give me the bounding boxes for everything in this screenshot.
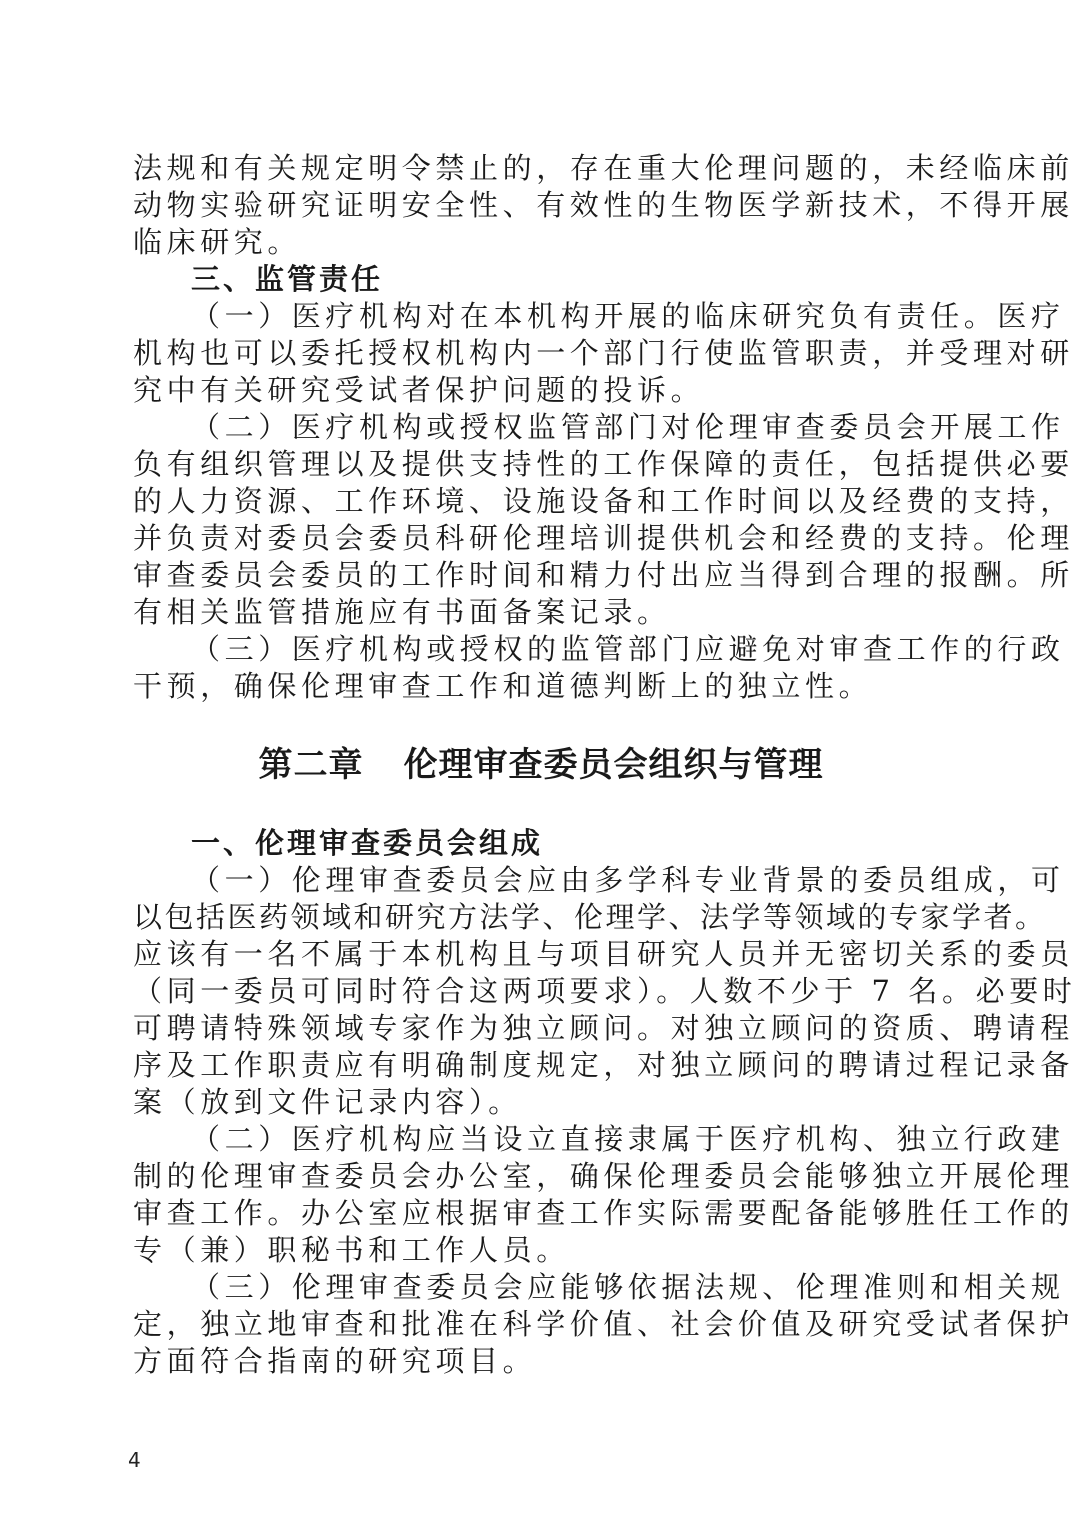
text-line: 负有组织管理以及提供支持性的工作保障的责任，包括提供必要 bbox=[133, 446, 949, 483]
text-line: 的人力资源、工作环境、设施设备和工作时间以及经费的支持， bbox=[133, 483, 949, 520]
text-line: 方面符合指南的研究项目。 bbox=[133, 1343, 949, 1380]
paragraph-3-2: （二）医疗机构或授权监管部门对伦理审查委员会开展工作 负有组织管理以及提供支持性… bbox=[133, 409, 949, 631]
text-line: 并负责对委员会委员科研伦理培训提供机会和经费的支持。伦理 bbox=[133, 520, 949, 557]
text-line: 以包括医药领域和研究方法学、伦理学、法学等领域的专家学者。 bbox=[133, 899, 949, 936]
text-line: 制的伦理审查委员会办公室，确保伦理委员会能够独立开展伦理 bbox=[133, 1158, 949, 1195]
continuation-paragraph: 法规和有关规定明令禁止的，存在重大伦理问题的，未经临床前 动物实验研究证明安全性… bbox=[133, 150, 949, 261]
chapter-name: 伦理审查委员会组织与管理 bbox=[404, 745, 824, 785]
text-line: 应该有一名不属于本机构且与项目研究人员并无密切关系的委员 bbox=[133, 936, 949, 973]
paragraph-3-1: （一）医疗机构对在本机构开展的临床研究负有责任。医疗 机构也可以委托授权机构内一… bbox=[133, 298, 949, 409]
paragraph-3-3: （三）医疗机构或授权的监管部门应避免对审查工作的行政 干预，确保伦理审查工作和道… bbox=[133, 631, 949, 705]
paragraph-1-1: （一）伦理审查委员会应由多学科专业背景的委员组成，可 以包括医药领域和研究方法学… bbox=[133, 862, 949, 1121]
text-line: （一）伦理审查委员会应由多学科专业背景的委员组成，可 bbox=[133, 862, 949, 899]
text-line: （二）医疗机构应当设立直接隶属于医疗机构、独立行政建 bbox=[133, 1121, 949, 1158]
text-line: （三）医疗机构或授权的监管部门应避免对审查工作的行政 bbox=[133, 631, 949, 668]
chapter-title: 第二章伦理审查委员会组织与管理 bbox=[133, 743, 949, 787]
text-line: 可聘请特殊领域专家作为独立顾问。对独立顾问的资质、聘请程 bbox=[133, 1010, 949, 1047]
section-heading-composition: 一、伦理审查委员会组成 bbox=[133, 825, 949, 862]
text-line: 专（兼）职秘书和工作人员。 bbox=[133, 1232, 949, 1269]
text-line: 序及工作职责应有明确制度规定，对独立顾问的聘请过程记录备 bbox=[133, 1047, 949, 1084]
text-line: （同一委员可同时符合这两项要求）。人数不少于 7 名。必要时 bbox=[133, 973, 949, 1010]
text-line: 干预，确保伦理审查工作和道德判断上的独立性。 bbox=[133, 668, 949, 705]
text-line: 定，独立地审查和批准在科学价值、社会价值及研究受试者保护 bbox=[133, 1306, 949, 1343]
document-page: 法规和有关规定明令禁止的，存在重大伦理问题的，未经临床前 动物实验研究证明安全性… bbox=[133, 150, 949, 1380]
text-line: 审查委员会委员的工作时间和精力付出应当得到合理的报酬。所 bbox=[133, 557, 949, 594]
section-heading-supervision: 三、监管责任 bbox=[133, 261, 949, 298]
text-line: 法规和有关规定明令禁止的，存在重大伦理问题的，未经临床前 bbox=[133, 150, 949, 187]
text-line: 究中有关研究受试者保护问题的投诉。 bbox=[133, 372, 949, 409]
text-line: 审查工作。办公室应根据审查工作实际需要配备能够胜任工作的 bbox=[133, 1195, 949, 1232]
page-number: 4 bbox=[128, 1448, 141, 1472]
text-line: 临床研究。 bbox=[133, 224, 949, 261]
text-line: 动物实验研究证明安全性、有效性的生物医学新技术，不得开展 bbox=[133, 187, 949, 224]
text-line: （三）伦理审查委员会应能够依据法规、伦理准则和相关规 bbox=[133, 1269, 949, 1306]
text-line: 机构也可以委托授权机构内一个部门行使监管职责，并受理对研 bbox=[133, 335, 949, 372]
text-line: （二）医疗机构或授权监管部门对伦理审查委员会开展工作 bbox=[133, 409, 949, 446]
paragraph-1-3: （三）伦理审查委员会应能够依据法规、伦理准则和相关规 定，独立地审查和批准在科学… bbox=[133, 1269, 949, 1380]
chapter-number: 第二章 bbox=[259, 745, 364, 785]
text-line: 有相关监管措施应有书面备案记录。 bbox=[133, 594, 949, 631]
text-line: （一）医疗机构对在本机构开展的临床研究负有责任。医疗 bbox=[133, 298, 949, 335]
text-line: 案（放到文件记录内容）。 bbox=[133, 1084, 949, 1121]
paragraph-1-2: （二）医疗机构应当设立直接隶属于医疗机构、独立行政建 制的伦理审查委员会办公室，… bbox=[133, 1121, 949, 1269]
